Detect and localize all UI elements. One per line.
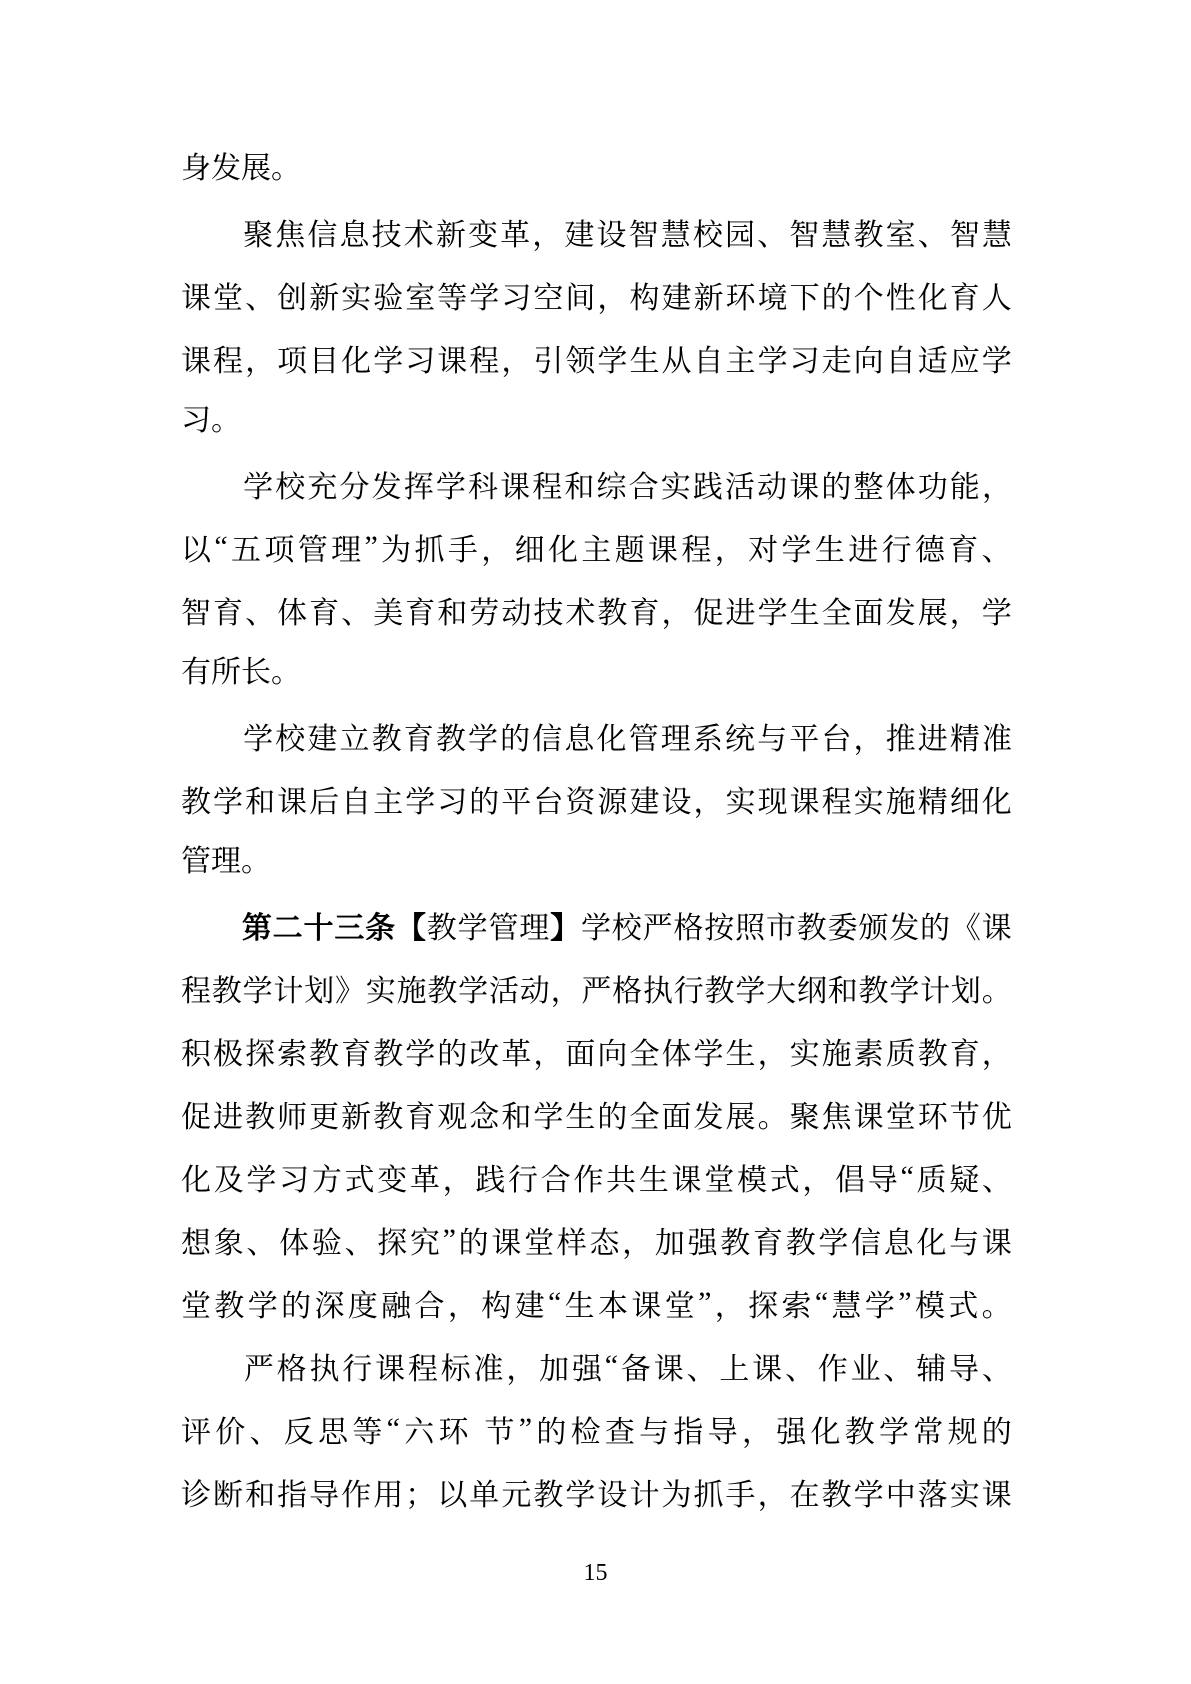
glyph: 抓: [415, 525, 445, 569]
glyph: 生: [815, 525, 845, 569]
glyph: 实: [661, 462, 691, 506]
glyph: 生: [565, 1092, 595, 1136]
glyph: 课: [854, 1092, 884, 1136]
glyph: 领: [565, 336, 595, 380]
glyph: 疑: [949, 1155, 979, 1199]
text-run: 有所长。: [181, 656, 301, 689]
glyph: 融: [381, 1281, 411, 1325]
glyph: 新: [341, 1092, 371, 1136]
glyph: 的: [920, 903, 950, 947]
glyph: “: [387, 1412, 400, 1446]
glyph: 学: [818, 1218, 848, 1262]
glyph: 学: [468, 714, 498, 758]
glyph: 新: [436, 210, 466, 254]
glyph: “: [815, 1286, 828, 1320]
glyph: 执: [643, 966, 673, 1010]
glyph: 间: [565, 273, 595, 317]
glyph: ，: [802, 1155, 832, 1199]
glyph: 全: [629, 1092, 659, 1136]
glyph: 自: [886, 336, 916, 380]
glyph: 常: [913, 1407, 943, 1451]
glyph: 、: [250, 1407, 280, 1451]
glyph: 行: [508, 1155, 538, 1199]
glyph: 进: [213, 1092, 243, 1136]
glyph: 化: [810, 1407, 840, 1451]
glyph: 发: [886, 588, 916, 632]
glyph: 学: [458, 966, 488, 1010]
glyph: 学: [982, 588, 1012, 632]
glyph: ，: [854, 714, 884, 758]
glyph: 探: [245, 1029, 275, 1073]
glyph: 教: [373, 1092, 403, 1136]
glyph: 指: [673, 1407, 703, 1451]
glyph: 学: [533, 1092, 563, 1136]
glyph: 主: [373, 777, 403, 821]
glyph: 的: [982, 1407, 1012, 1451]
glyph: 教: [854, 210, 884, 254]
glyph: 为: [661, 1470, 691, 1514]
glyph: “: [605, 1349, 618, 1383]
glyph: 学: [373, 336, 403, 380]
text-line: 第二十三条【教学管理】学校严格按照市教委颁发的《课: [181, 893, 1012, 956]
glyph: 平: [789, 714, 819, 758]
glyph: 慧: [832, 1281, 862, 1325]
glyph: 教: [372, 714, 402, 758]
glyph: 堂: [181, 1281, 211, 1325]
glyph: 规: [948, 1407, 978, 1451]
glyph: 课: [631, 1281, 661, 1325]
glyph: ”: [364, 530, 377, 564]
glyph: 教: [373, 1029, 403, 1073]
glyph: 课: [789, 462, 819, 506]
glyph: 环: [726, 273, 756, 317]
glyph: 度: [348, 1281, 378, 1325]
glyph: 想: [181, 1218, 211, 1262]
glyph: 思: [318, 1407, 348, 1451]
glyph: 学: [758, 588, 788, 632]
glyph: 课: [752, 1344, 782, 1388]
glyph: 严: [643, 903, 673, 947]
glyph: 学: [982, 336, 1012, 380]
glyph: 学: [243, 966, 273, 1010]
glyph: 探: [748, 1281, 778, 1325]
glyph: 学: [243, 462, 273, 506]
glyph: 育: [213, 588, 243, 632]
glyph: ，: [551, 966, 581, 1010]
glyph: 适: [918, 336, 948, 380]
glyph: 教: [786, 1218, 816, 1262]
glyph: 照: [735, 903, 765, 947]
text-line: 想象、体验、探究”的课堂样态，加强教育教学信息化与课: [181, 1208, 1012, 1271]
glyph: 堂: [524, 1218, 554, 1262]
glyph: 式: [345, 1155, 375, 1199]
glyph: 节: [950, 1092, 980, 1136]
glyph: 优: [982, 1092, 1012, 1136]
glyph: ，: [448, 1281, 478, 1325]
glyph: 课: [672, 1155, 702, 1199]
glyph: 态: [589, 1218, 619, 1262]
text-run: 管理。: [181, 845, 271, 878]
glyph: ”: [443, 1223, 456, 1257]
glyph: 促: [694, 588, 724, 632]
glyph: 计: [629, 1470, 659, 1514]
glyph: 学: [694, 1029, 724, 1073]
glyph: 平: [501, 777, 531, 821]
glyph: 》: [335, 966, 365, 1010]
glyph: 委: [828, 903, 858, 947]
glyph: 实: [341, 273, 371, 317]
glyph: 检: [571, 1407, 601, 1451]
glyph: 教: [533, 1470, 563, 1514]
glyph: 建: [661, 273, 691, 317]
glyph: 环: [918, 1092, 948, 1136]
glyph: 资: [565, 777, 595, 821]
glyph: ，: [506, 1344, 536, 1388]
glyph: 的: [459, 1218, 489, 1262]
glyph: 准: [982, 714, 1012, 758]
glyph: 和: [501, 1092, 531, 1136]
glyph: 格: [277, 1344, 307, 1388]
glyph: ”: [698, 1286, 711, 1320]
glyph: 教: [212, 966, 242, 1010]
glyph: 课: [982, 903, 1012, 947]
glyph: 、: [245, 273, 275, 317]
glyph: 体: [661, 1029, 691, 1073]
glyph: 施: [886, 777, 916, 821]
glyph: ，: [597, 273, 627, 317]
glyph: 系: [693, 714, 723, 758]
glyph: 课: [648, 525, 678, 569]
text-run: 身发展。: [181, 152, 301, 185]
glyph: “: [900, 1160, 913, 1194]
glyph: 进: [848, 525, 878, 569]
glyph: 更: [309, 1092, 339, 1136]
glyph: 教: [797, 903, 827, 947]
glyph: ，: [501, 336, 531, 380]
glyph: 格: [673, 903, 703, 947]
glyph: 大: [766, 966, 796, 1010]
text-line: 积极探索教育教学的改革，面向全体学生，实施素质教育，: [181, 1019, 1012, 1082]
glyph: 施: [397, 966, 427, 1010]
glyph: ，: [532, 210, 562, 254]
glyph: 走: [822, 336, 852, 380]
glyph: 索: [781, 1281, 811, 1325]
glyph: 观: [437, 1092, 467, 1136]
glyph: 、: [982, 1155, 1012, 1199]
glyph: 应: [950, 336, 980, 380]
glyph: 。: [982, 966, 1012, 1010]
glyph: 信: [532, 714, 562, 758]
glyph: 课: [982, 1470, 1012, 1514]
text-line: 诊断和指导作用；以单元教学设计为抓手，在教学中落实课: [181, 1460, 1012, 1523]
glyph: 目: [309, 336, 339, 380]
glyph: 二: [273, 903, 303, 947]
glyph: 在: [790, 1470, 820, 1514]
glyph: 设: [597, 1470, 627, 1514]
glyph: 本: [598, 1281, 628, 1325]
glyph: 育: [950, 1029, 980, 1073]
glyph: 息: [340, 210, 370, 254]
glyph: 。: [758, 1092, 788, 1136]
glyph: 价: [215, 1407, 245, 1451]
glyph: 导: [868, 1155, 898, 1199]
glyph: 聚: [243, 210, 273, 254]
glyph: 现: [758, 777, 788, 821]
glyph: 学: [469, 273, 499, 317]
glyph: 动: [501, 588, 531, 632]
glyph: 、: [918, 210, 948, 254]
glyph: 教: [427, 966, 457, 1010]
glyph: 质: [886, 1029, 916, 1073]
glyph: 管: [488, 903, 518, 947]
glyph: 信: [851, 1218, 881, 1262]
glyph: 实: [950, 1470, 980, 1514]
glyph: 按: [704, 903, 734, 947]
glyph: 强: [776, 1407, 806, 1451]
glyph: 管: [298, 525, 328, 569]
glyph: 设: [661, 777, 691, 821]
glyph: 式: [770, 1155, 800, 1199]
glyph: 建: [307, 714, 337, 758]
glyph: 变: [377, 1155, 407, 1199]
glyph: 智: [629, 210, 659, 254]
glyph: 进: [918, 714, 948, 758]
glyph: 题: [615, 525, 645, 569]
glyph: 十: [303, 903, 333, 947]
glyph: 落: [918, 1470, 948, 1514]
glyph: 构: [629, 273, 659, 317]
glyph: ，: [481, 525, 511, 569]
glyph: 市: [766, 903, 796, 947]
glyph: 空: [533, 273, 563, 317]
glyph: 发: [889, 903, 919, 947]
glyph: 程: [532, 462, 562, 506]
glyph: 导: [309, 1470, 339, 1514]
glyph: 理: [661, 714, 691, 758]
glyph: 素: [854, 1029, 884, 1073]
glyph: 细: [950, 777, 980, 821]
glyph: 与: [639, 1407, 669, 1451]
glyph: 创: [277, 273, 307, 317]
glyph: 程: [181, 966, 211, 1010]
glyph: 源: [597, 777, 627, 821]
glyph: 与: [757, 714, 787, 758]
glyph: 教: [309, 1029, 339, 1073]
glyph: 化: [181, 1155, 211, 1199]
page-number: 15: [0, 1558, 1191, 1588]
glyph: 构: [481, 1281, 511, 1325]
glyph: 体: [279, 1218, 309, 1262]
glyph: 颁: [858, 903, 888, 947]
glyph: 学: [781, 525, 811, 569]
glyph: 活: [725, 462, 755, 506]
glyph: 教: [705, 966, 735, 1010]
glyph: 立: [340, 714, 370, 758]
glyph: 变: [468, 210, 498, 254]
glyph: 元: [501, 1470, 531, 1514]
text-line: 严格执行课程标准，加强“备课、上课、作业、辅导、: [181, 1334, 1012, 1397]
glyph: 教: [597, 588, 627, 632]
glyph: 堂: [665, 1281, 695, 1325]
glyph: 发: [372, 462, 402, 506]
glyph: 和: [564, 462, 594, 506]
glyph: 引: [533, 336, 563, 380]
glyph: 新: [309, 273, 339, 317]
glyph: 断: [213, 1470, 243, 1514]
glyph: 探: [377, 1218, 407, 1262]
glyph: 验: [312, 1218, 342, 1262]
glyph: 对: [748, 525, 778, 569]
glyph: 三: [334, 903, 364, 947]
glyph: 的: [536, 1407, 566, 1451]
glyph: 主: [726, 336, 756, 380]
glyph: 验: [373, 273, 403, 317]
glyph: ，: [758, 1029, 788, 1073]
glyph: 能: [950, 462, 980, 506]
glyph: 习: [501, 273, 531, 317]
glyph: 育: [629, 588, 659, 632]
glyph: 的: [437, 1029, 467, 1073]
glyph: 后: [309, 777, 339, 821]
glyph: 革: [410, 1155, 440, 1199]
glyph: 学: [735, 966, 765, 1010]
glyph: 向: [597, 1029, 627, 1073]
glyph: 面: [661, 1092, 691, 1136]
glyph: 和: [437, 588, 467, 632]
glyph: ；: [405, 1470, 435, 1514]
glyph: 堂: [704, 1155, 734, 1199]
text-line: 堂教学的深度融合，构建“生本课堂”，探索“慧学”模式。: [181, 1271, 1012, 1334]
glyph: 执: [309, 1344, 339, 1388]
glyph: 智: [181, 588, 211, 632]
glyph: ，: [758, 1470, 788, 1514]
document-page: { "document": { "paragraphs": [ { "inden…: [0, 0, 1191, 1684]
glyph: 充: [307, 462, 337, 506]
text-run: 习。: [181, 404, 241, 437]
glyph: 展: [918, 588, 948, 632]
glyph: 建: [515, 1281, 545, 1325]
glyph: 强: [572, 1344, 602, 1388]
glyph: 以: [437, 1470, 467, 1514]
glyph: 诊: [181, 1470, 211, 1514]
glyph: 师: [277, 1092, 307, 1136]
glyph: ，: [715, 525, 745, 569]
glyph: 功: [918, 462, 948, 506]
glyph: ，: [982, 1029, 1012, 1073]
glyph: 化: [341, 336, 371, 380]
glyph: 的: [281, 1281, 311, 1325]
glyph: 教: [845, 1407, 875, 1451]
glyph: 《: [951, 903, 981, 947]
glyph: 极: [213, 1029, 243, 1073]
glyph: 条: [365, 903, 395, 947]
glyph: 查: [605, 1407, 635, 1451]
glyph: 信: [307, 210, 337, 254]
glyph: 共: [606, 1155, 636, 1199]
glyph: 校: [275, 462, 305, 506]
glyph: 格: [612, 966, 642, 1010]
glyph: 园: [725, 210, 755, 254]
glyph: 教: [720, 1218, 750, 1262]
glyph: 校: [275, 714, 305, 758]
glyph: 育: [405, 1092, 435, 1136]
glyph: ，: [443, 1155, 473, 1199]
glyph: 项: [264, 525, 294, 569]
glyph: 学: [243, 714, 273, 758]
glyph: 课: [491, 1218, 521, 1262]
glyph: 、: [345, 1218, 375, 1262]
glyph: 标: [441, 1344, 471, 1388]
glyph: 个: [854, 273, 884, 317]
glyph: ，: [622, 1218, 652, 1262]
glyph: 的: [469, 777, 499, 821]
glyph: 以: [181, 525, 211, 569]
glyph: 、: [785, 1344, 815, 1388]
glyph: 与: [949, 1218, 979, 1262]
glyph: 术: [565, 588, 595, 632]
glyph: 向: [854, 336, 884, 380]
glyph: 慧: [982, 210, 1012, 254]
glyph: 项: [277, 336, 307, 380]
glyph: 教: [214, 1281, 244, 1325]
glyph: 体: [886, 462, 916, 506]
text-line: 智育、体育、美育和劳动技术教育，促进学生全面发展，学: [181, 578, 1012, 641]
glyph: 严: [581, 966, 611, 1010]
glyph: 评: [181, 1407, 211, 1451]
glyph: 化: [917, 1218, 947, 1262]
glyph: 学: [246, 1155, 276, 1199]
glyph: ”: [519, 1412, 532, 1446]
glyph: 教: [822, 1470, 852, 1514]
text-line: 课程，项目化学习课程，引领学生从自主学习走向自适应学: [181, 326, 1012, 389]
glyph: 实: [366, 966, 396, 1010]
glyph: 强: [688, 1218, 718, 1262]
glyph: 模: [737, 1155, 767, 1199]
glyph: 及: [214, 1155, 244, 1199]
glyph: 育: [950, 273, 980, 317]
glyph: 作: [818, 1344, 848, 1388]
glyph: 行: [674, 966, 704, 1010]
glyph: 进: [726, 588, 756, 632]
glyph: 教: [436, 714, 466, 758]
glyph: 化: [548, 525, 578, 569]
glyph: 环: [438, 1407, 468, 1451]
text-line: 有所长。: [181, 641, 1012, 704]
glyph: 建: [629, 777, 659, 821]
glyph: 化: [597, 714, 627, 758]
glyph: 究: [410, 1218, 440, 1262]
glyph: 加: [539, 1344, 569, 1388]
text-line: 以“五项管理”为抓手，细化主题课程，对学生进行德育、: [181, 515, 1012, 578]
text-line: 学校充分发挥学科课程和综合实践活动课的整体功能，: [181, 452, 1012, 515]
glyph: 设: [597, 210, 627, 254]
glyph: 践: [693, 462, 723, 506]
glyph: 生: [629, 336, 659, 380]
glyph: 用: [373, 1470, 403, 1514]
glyph: 辅: [916, 1344, 946, 1388]
glyph: 手: [726, 1470, 756, 1514]
glyph: 式: [948, 1281, 978, 1325]
glyph: 生: [565, 1281, 595, 1325]
glyph: 智: [789, 210, 819, 254]
glyph: 生: [790, 588, 820, 632]
glyph: 【: [396, 903, 426, 947]
glyph: 、: [982, 525, 1012, 569]
glyph: 质: [917, 1155, 947, 1199]
glyph: 程: [213, 336, 243, 380]
glyph: 育: [309, 588, 339, 632]
glyph: 面: [565, 1029, 595, 1073]
